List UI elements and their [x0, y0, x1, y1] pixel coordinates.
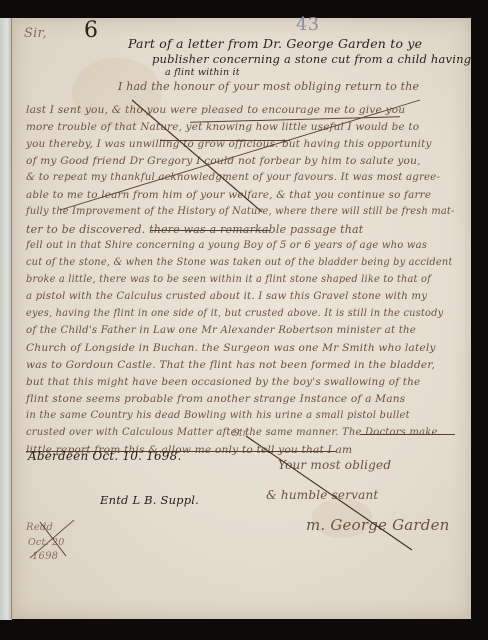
strikethrough-line	[160, 140, 290, 141]
closing-line-1: Your most obliged	[278, 458, 391, 472]
body-line: I had the honour of your most obliging r…	[118, 80, 419, 93]
body-line: able to me to learn from him of your wel…	[26, 189, 431, 201]
place-date: Aberdeen Oct. 10. 1698.	[28, 449, 181, 463]
body-line: was to Gordoun Castle. That the flint ha…	[26, 359, 435, 371]
body-line: a pistol with the Calculus crusted about…	[26, 291, 427, 302]
paper-stain	[72, 58, 162, 128]
body-line: flint stone seems probable from another …	[26, 393, 405, 405]
body-line: of my Good friend Dr Gregory I could not…	[26, 155, 421, 167]
body-line: fully the Improvement of the History of …	[26, 206, 455, 217]
body-line: of the Child's Father in Law one Mr Alex…	[26, 325, 416, 336]
body-line: in the same Country his dead Bowling wit…	[26, 410, 410, 421]
body-line: broke a little, there was to be seen wit…	[26, 274, 431, 285]
title-line-3: a flint within it	[165, 67, 240, 78]
body-line: last I sent you, & tho you were pleased …	[26, 104, 405, 116]
item-number: 6	[84, 18, 98, 43]
body-line: fell out in that Shire concerning a youn…	[26, 240, 427, 251]
body-line: eyes, having the flint in one side of it…	[26, 308, 443, 319]
body-line: but that this might have been occasioned…	[26, 376, 420, 388]
closing-sir: Sir	[232, 428, 247, 439]
body-line: cut of the stone, & when the Stone was t…	[26, 257, 453, 268]
closing-line-2: & humble servant	[266, 488, 378, 502]
salutation: Sir,	[24, 26, 47, 41]
body-line: more trouble of that Nature, yet knowing…	[26, 121, 419, 133]
registry-note: Entd L B. Suppl.	[100, 493, 199, 507]
body-line: Church of Longside in Buchan. the Surgeo…	[26, 342, 436, 354]
margin-note: Oct. 20	[28, 537, 64, 548]
margin-note: Redd	[26, 522, 53, 533]
body-line: & to repeat my thankful acknowledgment o…	[26, 172, 440, 183]
signature: m. George Garden	[306, 516, 450, 534]
title-line-2: publisher concerning a stone cut from a …	[152, 52, 471, 66]
strikethrough-line	[150, 230, 270, 231]
title-line-1: Part of a letter from Dr. George Garden …	[128, 36, 422, 51]
margin-note: 1698	[32, 551, 58, 562]
strikethrough-line	[360, 434, 455, 435]
folio-number: 43	[296, 14, 319, 35]
